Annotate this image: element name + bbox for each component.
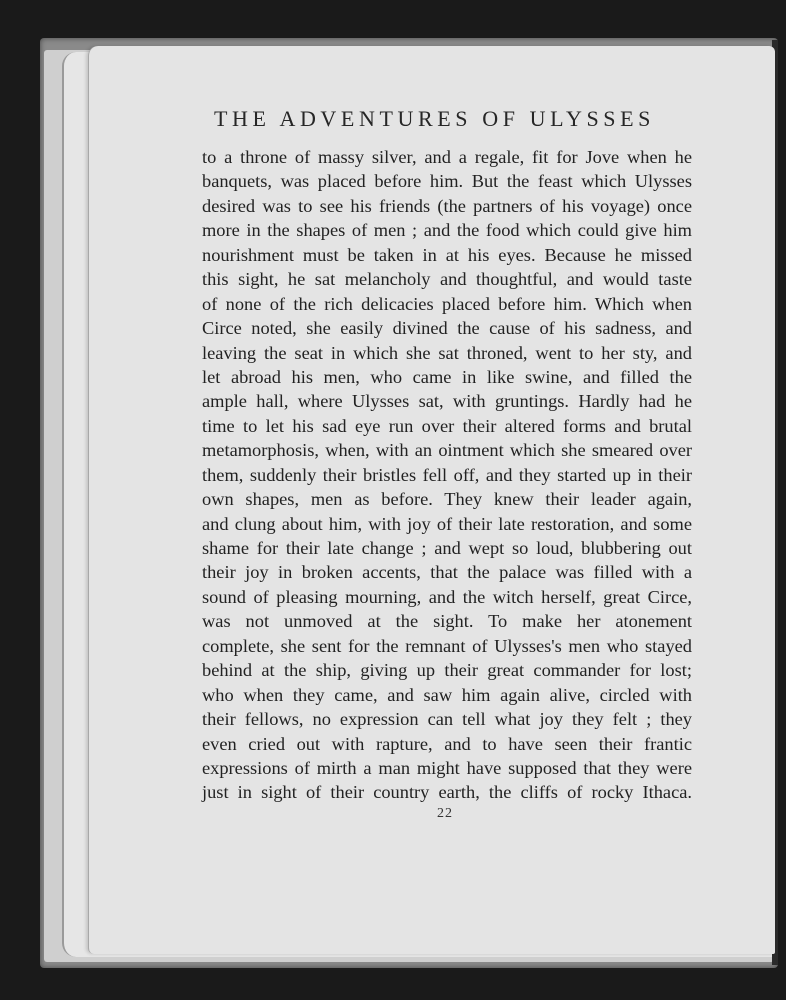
text-line: to a throne of massy silver, and a regal…: [202, 145, 692, 169]
text-line: desired was to see his friends (the part…: [202, 194, 692, 218]
text-line: just in sight of their country earth, th…: [202, 780, 692, 804]
text-line: time to let his sad eye run over their a…: [202, 414, 692, 438]
running-head: THE ADVENTURES OF ULYSSES: [214, 106, 684, 132]
text-line: and clung about him, with joy of their l…: [202, 512, 692, 536]
text-line: of none of the rich delicacies placed be…: [202, 292, 692, 316]
text-line: shame for their late change ; and wept s…: [202, 536, 692, 560]
text-line: complete, she sent for the remnant of Ul…: [202, 634, 692, 658]
book-scan: THE ADVENTURES OF ULYSSES to a throne of…: [0, 0, 786, 1000]
text-line: ample hall, where Ulysses sat, with grun…: [202, 389, 692, 413]
text-line: nourishment must be taken in at his eyes…: [202, 243, 692, 267]
page-number: 22: [430, 806, 460, 822]
text-line: expressions of mirth a man might have su…: [202, 756, 692, 780]
text-line: metamorphosis, when, with an ointment wh…: [202, 438, 692, 462]
text-line: who when they came, and saw him again al…: [202, 683, 692, 707]
text-line: Circe noted, she easily divined the caus…: [202, 316, 692, 340]
text-line: them, suddenly their bristles fell off, …: [202, 463, 692, 487]
text-line: banquets, was placed before him. But the…: [202, 169, 692, 193]
text-line: let abroad his men, who came in like swi…: [202, 365, 692, 389]
text-line: even cried out with rapture, and to have…: [202, 732, 692, 756]
text-line: this sight, he sat melancholy and though…: [202, 267, 692, 291]
text-line: behind at the ship, giving up their grea…: [202, 658, 692, 682]
text-line: sound of pleasing mourning, and the witc…: [202, 585, 692, 609]
text-line: their joy in broken accents, that the pa…: [202, 560, 692, 584]
body-text: to a throne of massy silver, and a regal…: [202, 145, 692, 805]
text-line: was not unmoved at the sight. To make he…: [202, 609, 692, 633]
text-line: own shapes, men as before. They knew the…: [202, 487, 692, 511]
text-line: leaving the seat in which she sat throne…: [202, 341, 692, 365]
text-line: their fellows, no expression can tell wh…: [202, 707, 692, 731]
text-line: more in the shapes of men ; and the food…: [202, 218, 692, 242]
